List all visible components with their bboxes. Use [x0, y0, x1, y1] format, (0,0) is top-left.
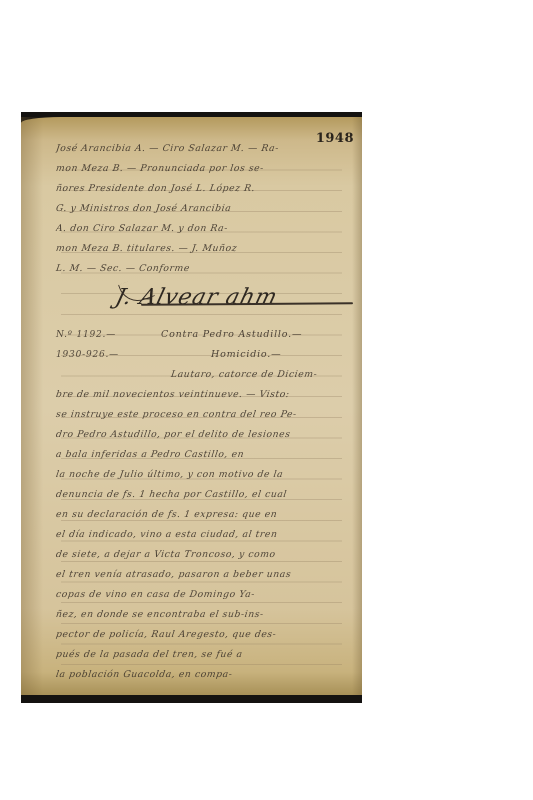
text-line: pués de la pasada del tren, se fué a: [55, 649, 353, 660]
ledger-page: 1948 José Arancibia A. — Ciro Salazar M.…: [21, 117, 362, 695]
text-line: G. y Ministros don José Arancibia: [55, 203, 353, 214]
text-line: en su declaración de fs. 1 expresa: que …: [55, 509, 353, 520]
text-line: dro Pedro Astudillo, por el delito de le…: [55, 429, 353, 440]
text-line: José Arancibia A. — Ciro Salazar M. — Ra…: [55, 143, 353, 154]
case-parties: Contra Pedro Astudillo.—: [161, 329, 302, 340]
text-line: se instruye este proceso en contra del r…: [55, 409, 353, 420]
text-line: bre de mil novecientos veintinueve. — Vi…: [55, 389, 353, 400]
text-line: la población Guacolda, en compa-: [55, 669, 353, 680]
text-line: Lautaro, catorce de Diciem-: [170, 369, 352, 380]
case-number: N.º 1192.—: [56, 330, 116, 340]
text-line: mon Meza B. titulares. — J. Muñoz: [55, 243, 353, 254]
text-line: el día indicado, vino a esta ciudad, al …: [55, 529, 353, 540]
viewer-canvas: 1948 José Arancibia A. — Ciro Salazar M.…: [0, 0, 533, 800]
text-line: A. don Ciro Salazar M. y don Ra-: [55, 223, 353, 234]
text-line: el tren venía atrasado, pasaron a beber …: [55, 569, 353, 580]
text-line: copas de vino en casa de Domingo Ya-: [55, 589, 353, 600]
text-line: la noche de Julio último, y con motivo d…: [55, 469, 353, 480]
text-line: ñores Presidente don José L. López R.: [55, 183, 353, 194]
case-crime: Homicidio.—: [211, 349, 281, 360]
text-line: ñez, en donde se encontraba el sub-ins-: [55, 609, 353, 620]
text-line: a bala inferidas a Pedro Castillo, en: [55, 449, 353, 460]
text-line: pector de policía, Raul Aregesto, que de…: [55, 629, 353, 640]
text-line: denuncia de fs. 1 hecha por Castillo, el…: [55, 489, 353, 500]
scanned-ledger-page: 1948 José Arancibia A. — Ciro Salazar M.…: [21, 112, 362, 703]
signature: J. Alvear ahm: [113, 285, 280, 310]
text-line: de siete, a dejar a Victa Troncoso, y co…: [55, 549, 353, 560]
case-roll-number: 1930-926.—: [56, 350, 119, 360]
text-line: mon Meza B. — Pronunciada por los se-: [55, 163, 353, 174]
text-line: L. M. — Sec. — Conforme: [55, 263, 353, 274]
